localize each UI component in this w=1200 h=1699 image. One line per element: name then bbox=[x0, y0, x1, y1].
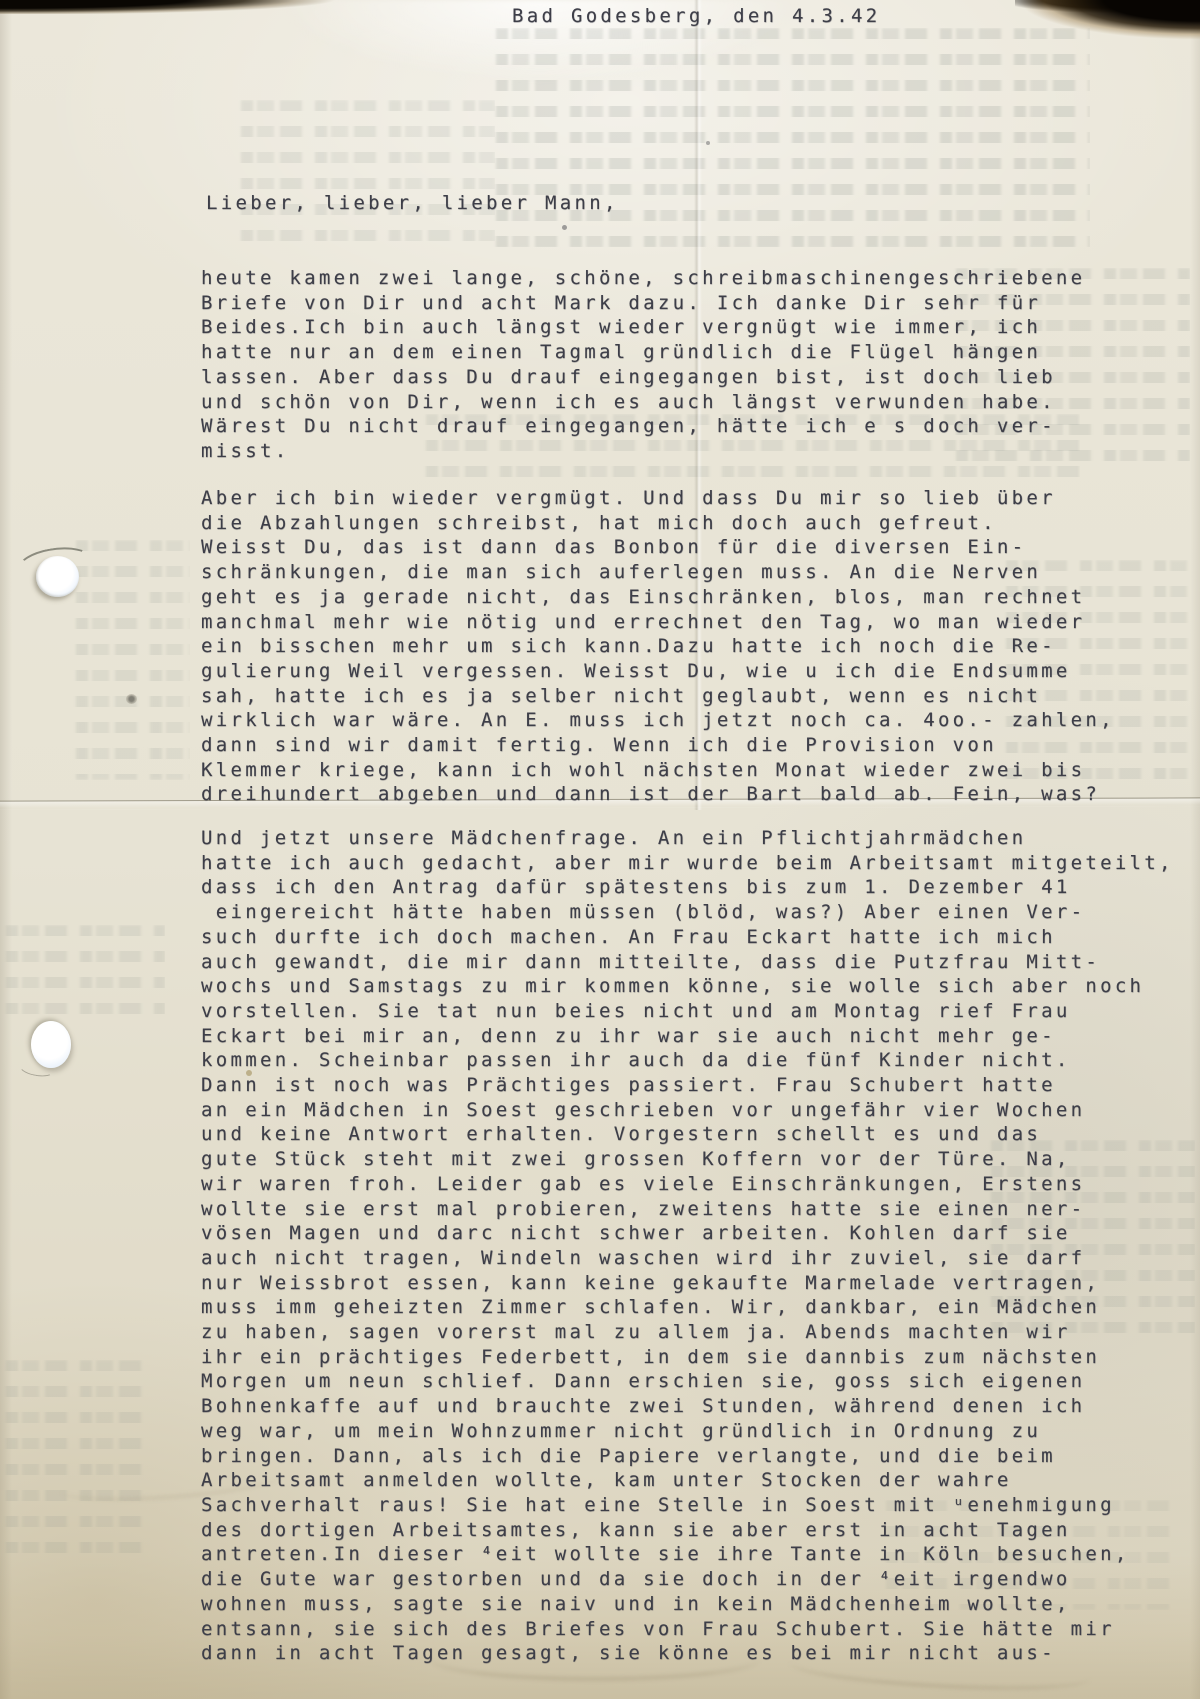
punch-hole-bottom bbox=[31, 1021, 71, 1068]
bleedthrough-smudge bbox=[0, 1360, 150, 1560]
scan-edge-top-left bbox=[0, 0, 345, 14]
letter-paragraph-2: Aber ich bin wieder vergmügt. Und dass D… bbox=[201, 486, 1115, 807]
bleedthrough-smudge bbox=[70, 540, 190, 780]
punch-hole-top bbox=[36, 556, 79, 597]
paper-speck bbox=[126, 694, 137, 704]
paper-speck bbox=[706, 141, 710, 145]
scanned-letter-page: Bad Godesberg, den 4.3.42 Lieber, lieber… bbox=[0, 0, 1200, 1699]
bleedthrough-smudge bbox=[0, 925, 165, 1020]
letter-paragraph-1: heute kamen zwei lange, schöne, schreibm… bbox=[201, 266, 1085, 464]
salutation: Lieber, lieber, lieber Mann, bbox=[206, 191, 619, 216]
dateline: Bad Godesberg, den 4.3.42 bbox=[512, 4, 880, 29]
letter-paragraph-3: Und jetzt unsere Mädchenfrage. An ein Pf… bbox=[201, 826, 1174, 1666]
paper-speck bbox=[562, 225, 567, 230]
bleedthrough-smudge bbox=[235, 100, 495, 250]
